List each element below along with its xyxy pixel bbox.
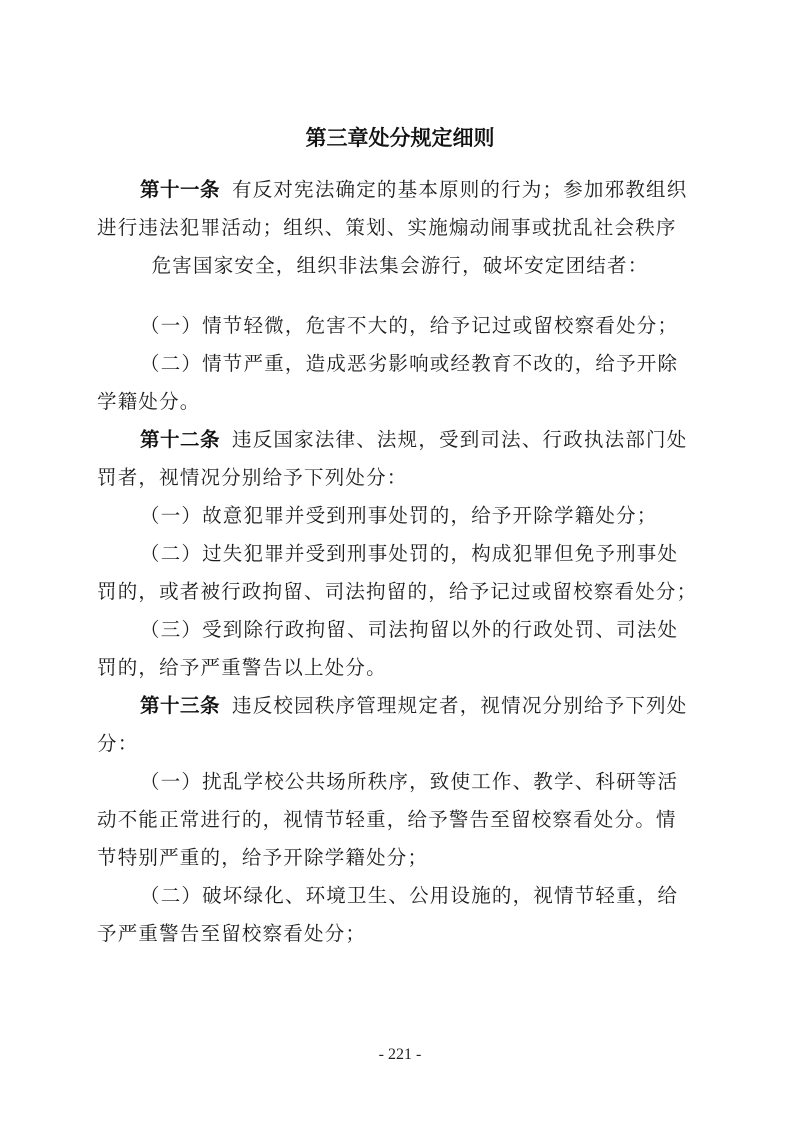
article-11-line-3: 危害国家安全，组织非法集会游行，破坏安定团结者： <box>0 254 800 278</box>
article-13-item-2-line-2: 予严重警告至留校察看处分； <box>97 922 707 946</box>
article-11-item-2-line-1: （二）情节严重，造成恶劣影响或经教育不改的，给予开除 <box>140 352 750 376</box>
article-text: 违反国家法律、法规，受到司法、行政执法部门处 <box>232 428 687 451</box>
article-12-item-3-line-1: （三）受到除行政拘留、司法拘留以外的行政处罚、司法处 <box>140 618 750 642</box>
article-13-item-1-line-1: （一）扰乱学校公共场所秩序，致使工作、教学、科研等活 <box>140 770 750 794</box>
article-13-line-1: 第十三条违反校园秩序管理规定者，视情况分别给予下列处 <box>140 694 750 718</box>
document-page: 第三章处分规定细则 第十一条有反对宪法确定的基本原则的行为；参加邪教组织 进行违… <box>0 0 800 1131</box>
article-text: 违反校园秩序管理规定者，视情况分别给予下列处 <box>232 694 687 717</box>
article-12-item-3-line-2: 罚的，给予严重警告以上处分。 <box>97 656 707 680</box>
article-13-item-1-line-3: 节特别严重的，给予开除学籍处分； <box>97 846 707 870</box>
article-11-item-1: （一）情节轻微，危害不大的，给予记过或留校察看处分； <box>140 314 750 338</box>
article-12-line-2: 罚者，视情况分别给予下列处分： <box>97 466 707 490</box>
article-label: 第十一条 <box>140 178 220 201</box>
article-13-item-1-line-2: 动不能正常进行的，视情节轻重，给予警告至留校察看处分。情 <box>97 808 707 832</box>
article-12-item-2-line-1: （二）过失犯罪并受到刑事处罚的，构成犯罪但免予刑事处 <box>140 542 750 566</box>
article-12-item-1: （一）故意犯罪并受到刑事处罚的，给予开除学籍处分； <box>140 504 750 528</box>
article-13-item-2-line-1: （二）破坏绿化、环境卫生、公用设施的，视情节轻重，给 <box>140 884 750 908</box>
article-11-line-2: 进行违法犯罪活动；组织、策划、实施煽动闹事或扰乱社会秩序 <box>97 216 707 240</box>
article-label: 第十二条 <box>140 428 220 451</box>
article-label: 第十三条 <box>140 694 220 717</box>
article-text: 有反对宪法确定的基本原则的行为；参加邪教组织 <box>232 178 687 201</box>
article-12-item-2-line-2: 罚的，或者被行政拘留、司法拘留的，给予记过或留校察看处分； <box>97 580 707 604</box>
article-11-line-1: 第十一条有反对宪法确定的基本原则的行为；参加邪教组织 <box>140 178 750 202</box>
article-13-line-2: 分： <box>97 732 707 756</box>
article-11-item-2-line-2: 学籍处分。 <box>97 390 707 414</box>
article-12-line-1: 第十二条违反国家法律、法规，受到司法、行政执法部门处 <box>140 428 750 452</box>
chapter-title: 第三章处分规定细则 <box>0 122 800 152</box>
page-number: - 221 - <box>0 1046 800 1064</box>
